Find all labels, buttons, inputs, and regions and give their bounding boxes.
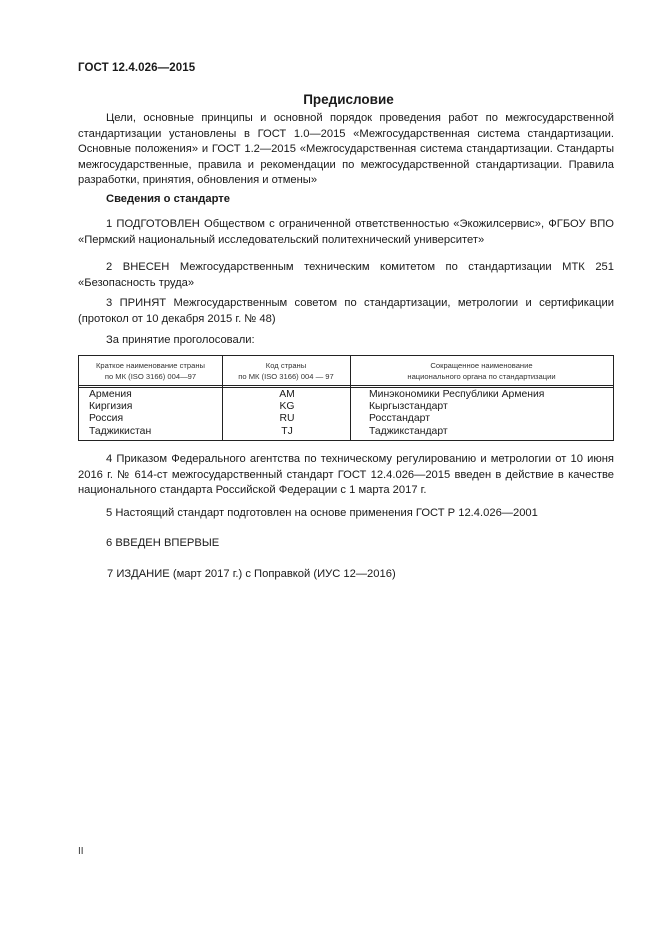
page-number: II <box>78 846 84 857</box>
body-column: Минэкономики Республики Армения Кыргызст… <box>369 389 544 438</box>
column-header-country: Краткое наименование страны по МК (ISO 3… <box>79 360 222 382</box>
code-column: AM KG RU TJ <box>223 389 351 438</box>
document-code-header: ГОСТ 12.4.026—2015 <box>78 62 195 74</box>
item-2-paragraph: 2 ВНЕСЕН Межгосударственным техническим … <box>78 260 614 291</box>
item-5-paragraph: 5 Настоящий стандарт подготовлен на осно… <box>106 507 538 519</box>
intro-paragraph: Цели, основные принципы и основной поряд… <box>78 111 614 189</box>
item-7-paragraph: 7 ИЗДАНИЕ (март 2017 г.) с Поправкой (ИУ… <box>107 568 396 580</box>
table-cell-code: RU <box>223 413 351 425</box>
table-cell-country: Армения <box>89 389 151 401</box>
item-3-paragraph: 3 ПРИНЯТ Межгосударственным советом по с… <box>78 296 614 327</box>
table-cell-code: KG <box>223 401 351 413</box>
table-cell-code: AM <box>223 389 351 401</box>
country-column: Армения Киргизия Россия Таджикистан <box>89 389 151 438</box>
table-cell-body: Минэкономики Республики Армения <box>369 389 544 401</box>
vote-label: За принятие проголосовали: <box>106 334 255 346</box>
column-header-body: Сокращенное наименование национального о… <box>350 360 613 382</box>
table-cell-country: Киргизия <box>89 401 151 413</box>
column-header-code: Код страны по МК (ISO 3166) 004 — 97 <box>222 360 350 382</box>
table-cell-body: Кыргызстандарт <box>369 401 544 413</box>
section-subheading: Сведения о стандарте <box>106 193 230 205</box>
table-cell-country: Таджикистан <box>89 426 151 438</box>
item-1-paragraph: 1 ПОДГОТОВЛЕН Обществом с ограниченной о… <box>78 217 614 248</box>
table-cell-country: Россия <box>89 413 151 425</box>
page-title: Предисловие <box>0 92 661 107</box>
item-6-paragraph: 6 ВВЕДЕН ВПЕРВЫЕ <box>106 537 219 549</box>
table-cell-body: Таджикстандарт <box>369 426 544 438</box>
item-4-paragraph: 4 Приказом Федерального агентства по тех… <box>78 452 614 499</box>
document-page: ГОСТ 12.4.026—2015 Предисловие Цели, осн… <box>0 0 661 936</box>
table-cell-code: TJ <box>223 426 351 438</box>
voting-table: Краткое наименование страны по МК (ISO 3… <box>78 355 614 441</box>
table-cell-body: Росстандарт <box>369 413 544 425</box>
